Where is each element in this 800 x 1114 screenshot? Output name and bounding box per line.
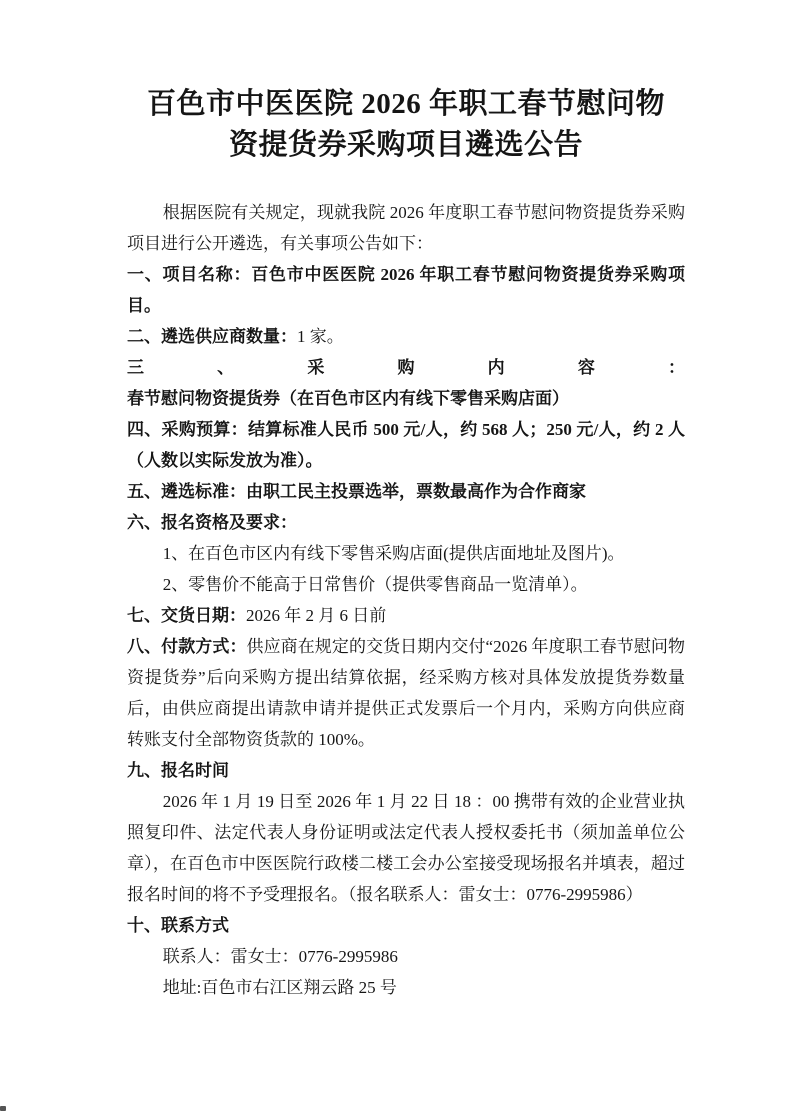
- item-5-label: 五、遴选标准：: [127, 482, 246, 501]
- page-title-line1: 百色市中医医院 2026 年职工春节慰问物: [127, 84, 685, 125]
- requirement-2: 2、零售价不能高于日常售价（提供零售商品一览清单）。: [127, 569, 685, 600]
- contact-person: 联系人：雷女士：0776-2995986: [127, 941, 685, 972]
- item-4-label: 四、采购预算：: [127, 420, 248, 439]
- item-8-payment-method: 八、付款方式：供应商在规定的交货日期内交付“2026 年度职工春节慰问物资提货券…: [127, 631, 685, 755]
- registration-paragraph: 2026 年 1 月 19 日至 2026 年 1 月 22 日 18 ：00 …: [127, 786, 685, 910]
- item-10-contact-heading: 十、联系方式: [127, 910, 685, 941]
- item-5-selection-criteria: 五、遴选标准：由职工民主投票选举，票数最高作为合作商家: [127, 476, 685, 507]
- item-1-label: 一、项目名称：: [127, 265, 251, 284]
- item-7-delivery-date: 七、交货日期：2026 年 2 月 6 日前: [127, 600, 685, 631]
- requirement-1: 1、在百色市区内有线下零售采购店面(提供店面地址及图片)。: [127, 538, 685, 569]
- item-1-project-name: 一、项目名称：百色市中医医院 2026 年职工春节慰问物资提货券采购项目。: [127, 259, 685, 321]
- item-2-label: 二、遴选供应商数量：: [127, 327, 297, 346]
- item-5-text: 由职工民主投票选举，票数最高作为合作商家: [246, 482, 586, 501]
- document-page: { "doc": { "title": { "line1": "百色市中医医院 …: [0, 0, 800, 1114]
- item-6-qualification-heading: 六、报名资格及要求：: [127, 507, 685, 538]
- page-title: 百色市中医医院 2026 年职工春节慰问物 资提货券采购项目遴选公告: [127, 84, 685, 166]
- item-3-label: 三、采购内容：: [127, 358, 685, 377]
- item-2-text: 1 家。: [297, 327, 344, 346]
- item-9-registration-time-heading: 九、报名时间: [127, 755, 685, 786]
- item-4-budget: 四、采购预算：结算标准人民币 500 元/人，约 568 人；250 元/人，约…: [127, 414, 685, 476]
- item-7-label: 七、交货日期：: [127, 606, 246, 625]
- item-10-label: 十、联系方式: [127, 916, 229, 935]
- intro-paragraph: 根据医院有关规定，现就我院 2026 年度职工春节慰问物资提货券采购项目进行公开…: [127, 197, 685, 259]
- item-9-label: 九、报名时间: [127, 761, 229, 780]
- scan-artifact-speck: [0, 1106, 6, 1111]
- item-8-label: 八、付款方式：: [127, 637, 247, 656]
- page-title-line2: 资提货券采购项目遴选公告: [127, 125, 685, 166]
- item-7-text: 2026 年 2 月 6 日前: [246, 606, 386, 625]
- item-2-supplier-count: 二、遴选供应商数量：1 家。: [127, 321, 685, 352]
- item-3-text: 春节慰问物资提货券（在百色市区内有线下零售采购店面）: [127, 389, 569, 408]
- item-6-label: 六、报名资格及要求：: [127, 513, 297, 532]
- item-3-procurement-content: 三、采购内容：春节慰问物资提货券（在百色市区内有线下零售采购店面）: [127, 352, 685, 414]
- contact-address: 地址:百色市右江区翔云路 25 号: [127, 972, 685, 1003]
- announcement-body: 百色市中医医院 2026 年职工春节慰问物 资提货券采购项目遴选公告 根据医院有…: [127, 84, 685, 1003]
